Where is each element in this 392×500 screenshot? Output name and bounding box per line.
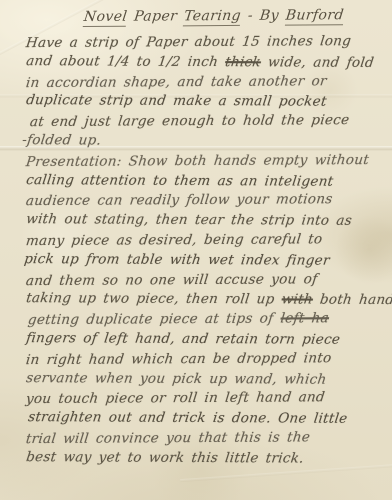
text-segment: many piece as desired, being careful to: [25, 231, 323, 249]
text-segment: Presentation: Show both hands empty with…: [25, 152, 370, 170]
text-segment: Tearing: [183, 8, 242, 26]
handwritten-line: -folded up.: [21, 131, 379, 153]
text-segment: Have a strip of Paper about 15 inches lo…: [25, 33, 352, 51]
aged-paper-sheet: Novel Paper Tearing - By Burford Have a …: [0, 0, 392, 500]
text-segment: Novel: [83, 9, 128, 27]
text-segment: - By: [240, 8, 287, 24]
handwritten-line: in right hand which can be dropped into: [25, 349, 380, 371]
handwritten-line: in accordian shape, and take another or: [25, 72, 380, 94]
handwritten-line: audience can readily follow your motions: [25, 190, 380, 212]
text-segment: taking up two piece, then roll up: [25, 290, 283, 307]
text-segment: calling attention to them as an intelige…: [25, 172, 334, 190]
handwritten-line: fingers of left hand, and retain torn pi…: [25, 329, 379, 351]
text-segment: pick up from table with wet index finger: [23, 251, 331, 269]
handwritten-line: Presentation: Show both hands empty with…: [25, 151, 380, 173]
text-segment: trial will convince you that this is the: [25, 429, 311, 447]
text-segment: Paper: [126, 8, 185, 24]
handwritten-line: you touch piece or roll in left hand and: [25, 388, 380, 410]
text-segment: fingers of left hand, and retain torn pi…: [25, 330, 341, 348]
handwriting-lines: Have a strip of Paper about 15 inches lo…: [26, 33, 378, 469]
handwritten-line: and them so no one will accuse you of: [25, 269, 380, 291]
handwritten-line: at end just large enough to hold the pie…: [29, 111, 380, 133]
text-segment: you touch piece or roll in left hand and: [25, 390, 326, 408]
text-segment: audience can readily follow your motions: [25, 192, 333, 210]
text-segment: straighten out and trick is done. One li…: [27, 409, 348, 427]
text-segment: with out stating, then tear the strip in…: [25, 211, 353, 229]
text-segment: with: [281, 292, 314, 308]
text-segment: thick: [224, 54, 262, 70]
handwritten-line: servante when you pick up wand, which: [25, 369, 379, 391]
handwritten-line: taking up two piece, then roll up with b…: [25, 289, 379, 311]
text-segment: both hands: [312, 292, 392, 308]
handwritten-content: Novel Paper Tearing - By Burford Have a …: [26, 8, 378, 469]
handwritten-line: pick up from table with wet index finger: [23, 250, 379, 272]
handwritten-line: Have a strip of Paper about 15 inches lo…: [25, 32, 380, 54]
handwritten-line: calling attention to them as an intelige…: [25, 171, 379, 193]
text-segment: duplicate strip and make a small pocket: [25, 92, 328, 110]
text-segment: in accordian shape, and take another or: [25, 73, 328, 91]
handwritten-line: best way yet to work this little trick.: [25, 448, 379, 470]
text-segment: -folded up.: [21, 132, 102, 148]
text-segment: getting duplicate piece at tips of: [27, 311, 281, 329]
text-segment: in right hand which can be dropped into: [25, 350, 332, 368]
text-segment: left ha: [280, 310, 330, 326]
text-segment: Burford: [285, 7, 345, 25]
handwritten-line: with out stating, then tear the strip in…: [25, 210, 379, 232]
text-segment: best way yet to work this little trick.: [25, 449, 305, 466]
handwritten-line: many piece as desired, being careful to: [25, 230, 380, 252]
text-segment: servante when you pick up wand, which: [25, 370, 327, 388]
text-segment: at end just large enough to hold the pie…: [29, 112, 350, 130]
text-segment: and about 1/4 to 1/2 inch: [25, 53, 226, 70]
handwritten-line: getting duplicate piece at tips of left …: [27, 309, 380, 331]
handwritten-line: duplicate strip and make a small pocket: [25, 91, 379, 113]
document-title: Novel Paper Tearing - By Burford: [83, 7, 379, 25]
text-segment: wide, and fold: [260, 54, 375, 71]
handwritten-line: trial will convince you that this is the: [25, 428, 380, 450]
handwritten-line: straighten out and trick is done. One li…: [27, 408, 379, 430]
handwritten-line: and about 1/4 to 1/2 inch thick wide, an…: [25, 52, 379, 74]
text-segment: and them so no one will accuse you of: [25, 271, 318, 289]
